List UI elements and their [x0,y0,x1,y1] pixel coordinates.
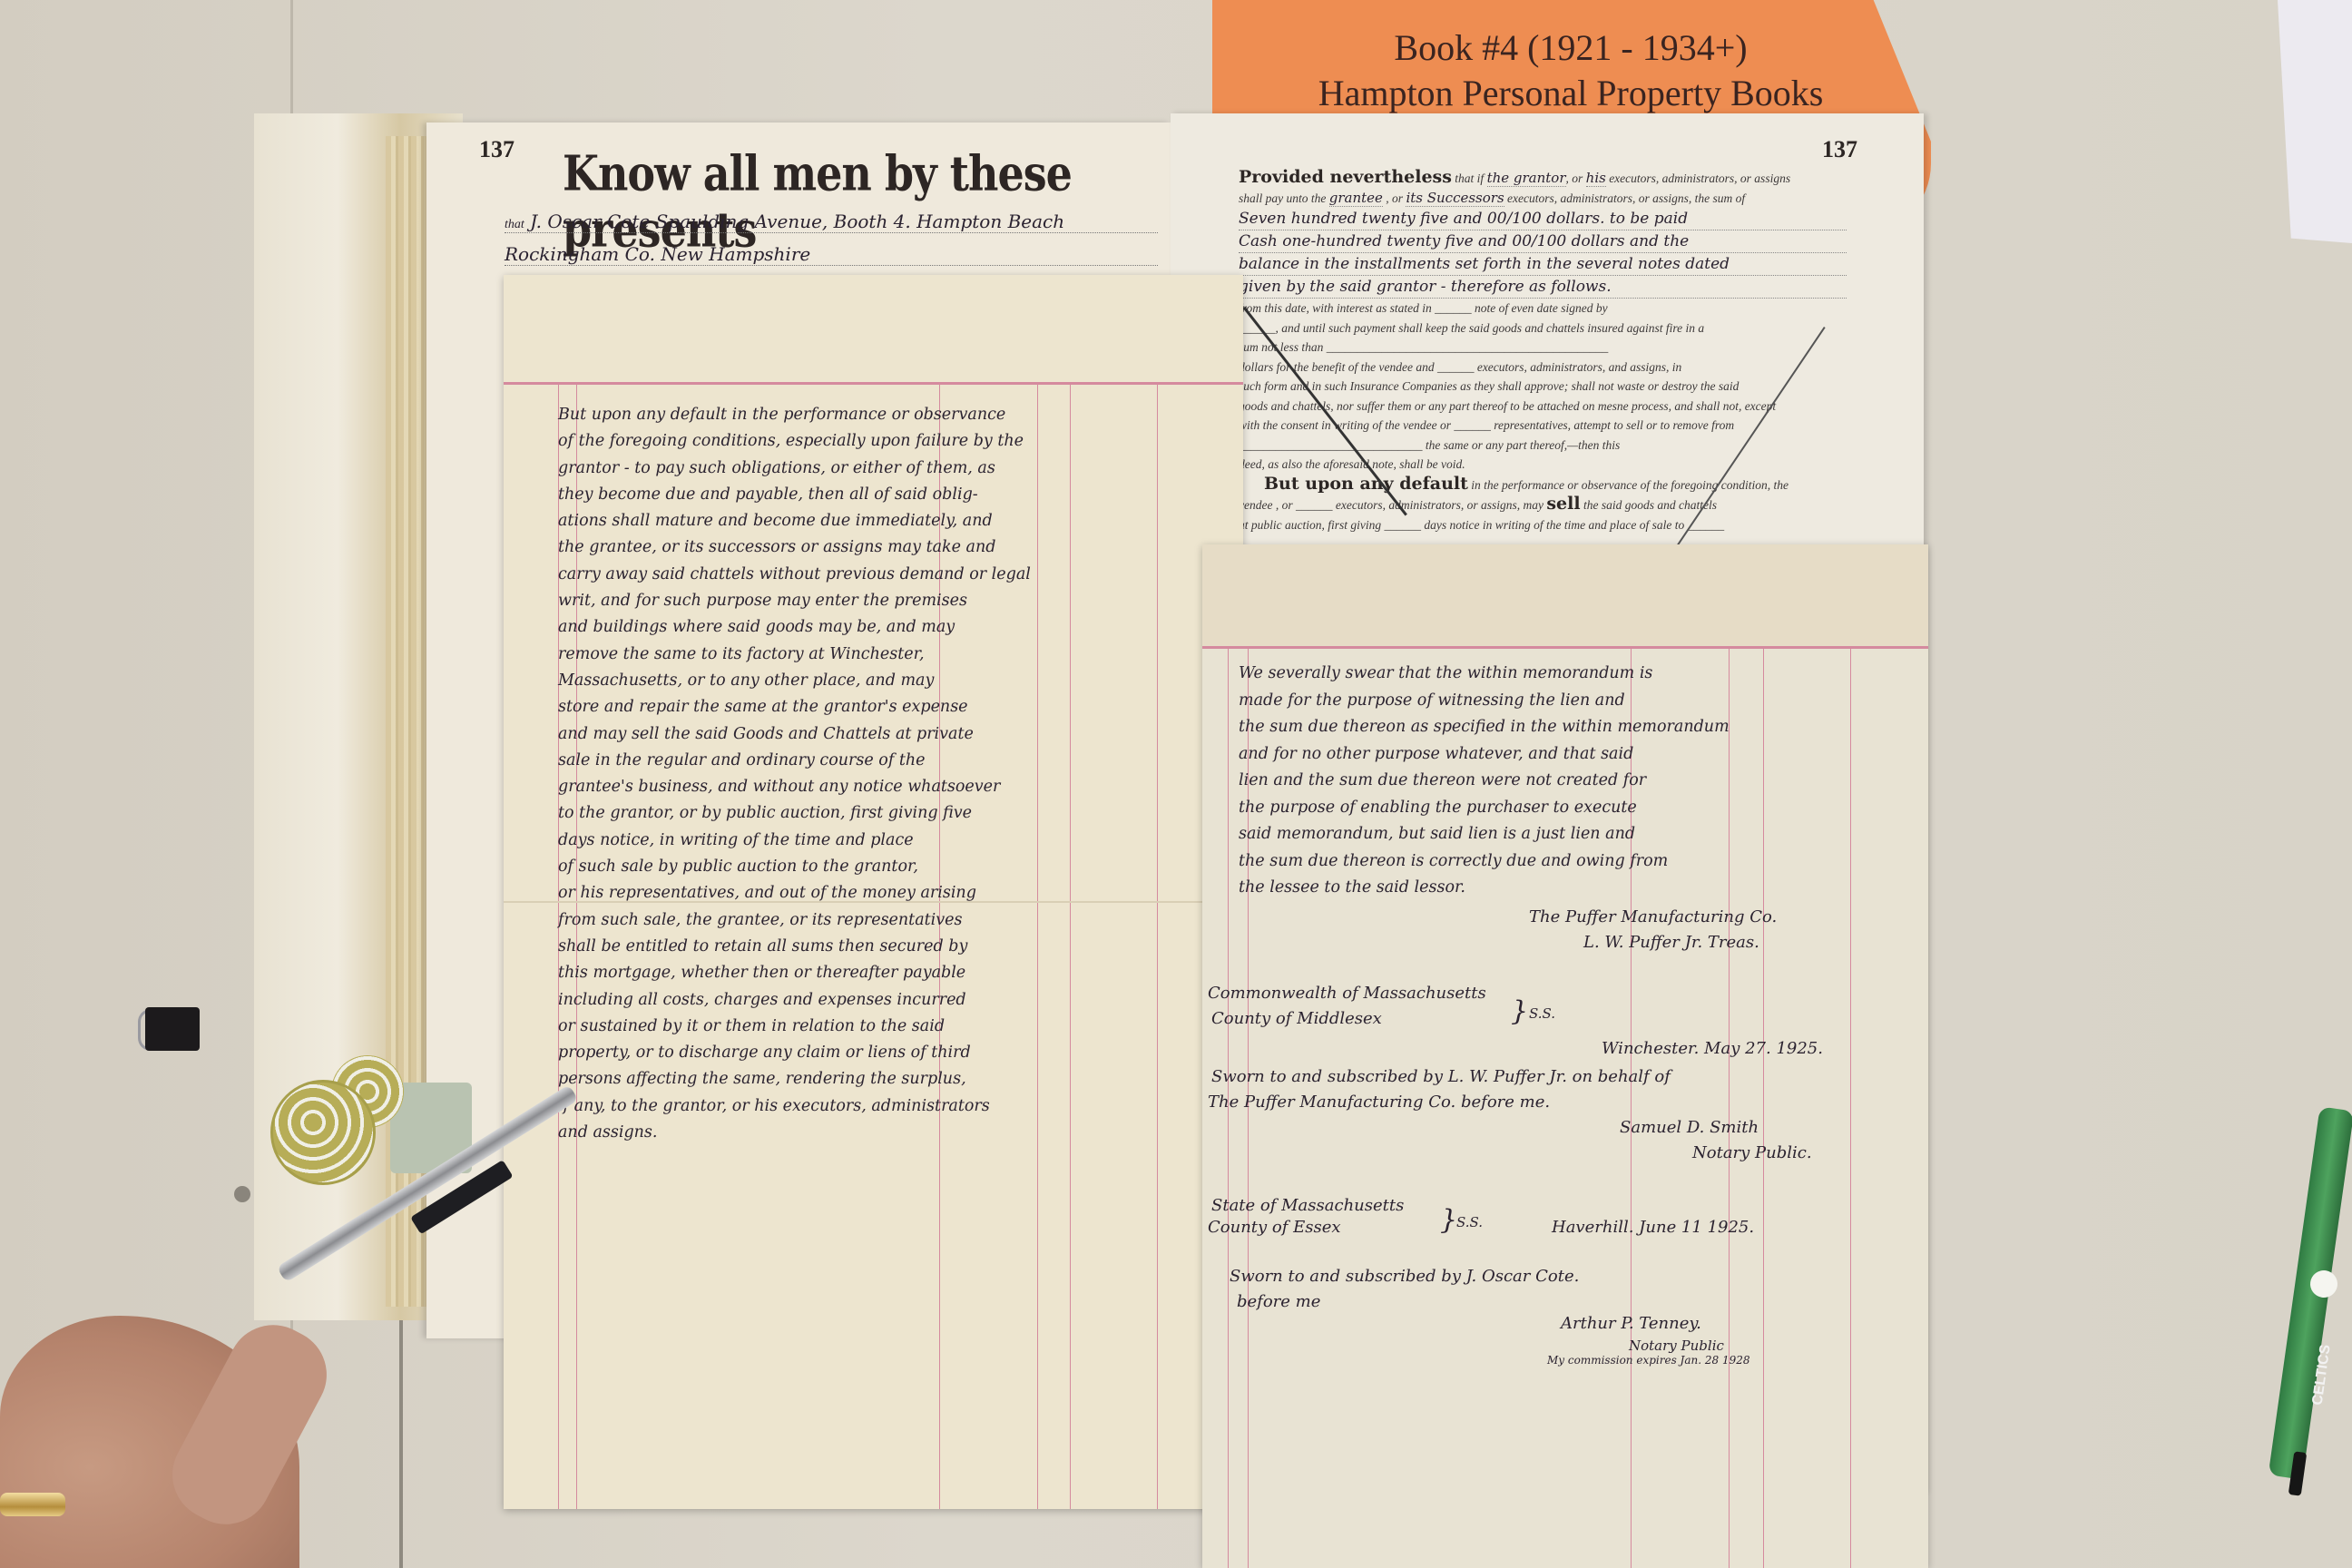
jurat2-commission: My commission expires Jan. 28 1928 [1547,1354,1750,1367]
handwritten-line: of the foregoing conditions, especially … [558,428,1193,455]
form-text: vendee , or ______ executors, administra… [1239,498,1543,512]
form-printed-line: goods and chattels, nor suffer them or a… [1239,397,1847,416]
desk-hole [234,1186,250,1202]
ledger-header-rule [504,382,1243,385]
inserted-ledger-sheet-left: But upon any default in the performance … [504,275,1243,1509]
brace: } [1511,998,1528,1025]
jurat1-text-line2: The Puffer Manufacturing Co. before me. [1208,1093,1550,1112]
gold-ring [0,1493,65,1516]
jurat1-notary-title: Notary Public. [1692,1143,1812,1162]
sheet-top-band [1202,544,1928,646]
company-signature: The Puffer Manufacturing Co. [1529,907,1777,926]
handwritten-line: persons affecting the same, rendering th… [558,1066,1193,1093]
handwritten-line: they become due and payable, then all of… [558,482,1193,508]
handwritten-line: of such sale by public auction to the gr… [558,854,1193,880]
handwritten-line: grantee's business, and without any noti… [558,774,1193,800]
handwritten-sum-line: balance in the installments set forth in… [1239,253,1847,276]
handwritten-line: and buildings where said goods may be, a… [558,614,1193,641]
ledger-header-rule [1202,646,1928,649]
grantor-line-1: that J. Oscar Cote Spaulding Avenue, Boo… [505,211,1158,233]
form-text: in the performance or observance of the … [1471,478,1788,492]
left-page-number: 137 [479,136,514,163]
form-printed-line: dollars for the benefit of the vendee an… [1239,358,1847,377]
handwritten-line: and for no other purpose whatever, and t… [1239,741,1892,769]
handwritten-line: carry away said chattels without previou… [558,562,1193,588]
form-printed-line: such form and in such Insurance Companie… [1239,377,1847,397]
inserted-ledger-sheet-right: We severally swear that the within memor… [1202,544,1928,1568]
handwritten-line: and may sell the said Goods and Chattels… [558,721,1193,748]
jurat2-text-line2: before me [1237,1292,1320,1311]
handwritten-line: or his representatives, and out of the m… [558,880,1193,906]
default-clause-handwritten: But upon any default in the performance … [558,402,1193,1146]
decorative-clip-disc [270,1080,376,1185]
handwritten-line: to the grantor, or by public auction, fi… [558,800,1193,827]
form-text: the said goods and chattels [1583,498,1717,512]
handwritten-line: and assigns. [558,1120,1193,1146]
form-printed-line: ______, and until such payment shall kee… [1239,318,1847,338]
handwritten-line: property, or to discharge any claim or l… [558,1040,1193,1066]
black-binder-clip [145,1007,200,1051]
affidavit-handwritten: We severally swear that the within memor… [1239,661,1892,902]
default-clause-line3: at public auction, first giving ______ d… [1239,515,1847,535]
jurat1-venue-county: County of Middlesex [1211,1009,1382,1028]
jurat2-ss: S.S. [1456,1214,1483,1230]
form-text: executors, administrators, or assigns [1606,171,1790,185]
grantor-name-address: J. Oscar Cote Spaulding Avenue, Booth 4.… [530,211,1064,232]
form-printed-line: ______________________________ the same … [1239,436,1847,456]
form-text: that if [1455,171,1486,185]
handwritten-line: if any, to the grantor, or his executors… [558,1093,1193,1120]
handwritten-line: But upon any default in the performance … [558,402,1193,428]
jurat1-place-date: Winchester. May 27. 1925. [1602,1039,1823,1058]
handwritten-line: writ, and for such purpose may enter the… [558,588,1193,614]
form-text: shall pay unto the [1239,191,1329,205]
handwritten-line: the lessee to the said lessor. [1239,875,1892,902]
sell-word: sell [1546,494,1580,514]
form-line-pay: shall pay unto the grantee , or its Succ… [1239,189,1847,209]
handwritten-line: the sum due thereon is correctly due and… [1239,848,1892,876]
handwritten-sum-line: Seven hundred twenty five and 00/100 dol… [1239,208,1847,230]
brace: } [1440,1207,1457,1234]
default-clause-line1: But upon any default in the performance … [1264,475,1847,495]
jurat2-notary-title: Notary Public [1629,1338,1724,1354]
officer-signature: L. W. Puffer Jr. Treas. [1583,933,1759,952]
handwritten-line: store and repair the same at the grantor… [558,694,1193,720]
label-book-number: Book #4 (1921 - 1934+) [1212,25,1929,71]
jurat1-text-line1: Sworn to and subscribed by L. W. Puffer … [1211,1067,1671,1086]
label-book-title: Hampton Personal Property Books [1212,71,1929,116]
form-printed-line: from this date, with interest as stated … [1239,299,1847,318]
handwritten-line: the purpose of enabling the purchaser to… [1239,795,1892,822]
handwritten-line: the grantee, or its successors or assign… [558,534,1193,561]
handwritten-line: including all costs, charges and expense… [558,987,1193,1014]
jurat2-notary-name: Arthur P. Tenney. [1561,1314,1701,1333]
handwritten-line: days notice, in writing of the time and … [558,828,1193,854]
handwritten-line: remove the same to its factory at Winche… [558,642,1193,668]
handwritten-sum-line: given by the said grantor - therefore as… [1239,276,1847,299]
filled-grantor: the grantor [1487,170,1566,187]
form-line-proviso: Provided nevertheless that if the granto… [1239,168,1847,189]
handwritten-line: this mortgage, whether then or thereafte… [558,960,1193,986]
filled-grantee: grantee [1329,190,1383,207]
right-page-number: 137 [1822,136,1857,163]
handwritten-line: We severally swear that the within memor… [1239,661,1892,688]
jurat2-text-line1: Sworn to and subscribed by J. Oscar Cote… [1230,1267,1579,1286]
handwritten-line: shall be entitled to retain all sums the… [558,934,1193,960]
jurat1-venue-state: Commonwealth of Massachusetts [1208,984,1486,1003]
default-lead: But upon any default [1264,474,1468,494]
form-printed-line: sum not less than ______________________… [1239,338,1847,358]
handwritten-line: the sum due thereon as specified in the … [1239,714,1892,741]
handwritten-line: Massachusetts, or to any other place, an… [558,668,1193,694]
handwritten-line: lien and the sum due thereon were not cr… [1239,768,1892,795]
grantor-line-2: Rockingham Co. New Hampshire [505,243,1158,266]
jurat1-ss: S.S. [1529,1005,1555,1022]
handwritten-line: sale in the regular and ordinary course … [558,748,1193,774]
that-label: that [505,218,524,231]
handwritten-sum-line: Cash one-hundred twenty five and 00/100 … [1239,230,1847,253]
page-heading: Know all men by these presents [563,145,1180,258]
handwritten-line: ations shall mature and become due immed… [558,508,1193,534]
default-clause-line2: vendee , or ______ executors, administra… [1239,495,1847,515]
form-printed-line: deed, as also the aforesaid note, shall … [1239,455,1847,475]
label-card-text: Book #4 (1921 - 1934+) Hampton Personal … [1212,25,1929,116]
printed-chattel-form: Provided nevertheless that if the granto… [1239,168,1847,534]
handwritten-line: grantor - to pay such obligations, or ei… [558,456,1193,482]
form-text: , or [1383,191,1406,205]
proviso-lead: Provided nevertheless [1239,167,1452,187]
form-text: , or [1566,171,1586,185]
handwritten-line: made for the purpose of witnessing the l… [1239,688,1892,715]
handwritten-line: or sustained by it or them in relation t… [558,1014,1193,1040]
filled-his: his [1586,170,1606,187]
form-text: executors, administrators, or assigns, t… [1504,191,1746,205]
handwritten-line: said memorandum, but said lien is a just… [1239,821,1892,848]
jurat2-venue-state: State of Massachusetts [1211,1196,1404,1215]
filled-successors: its Successors [1406,190,1504,207]
jurat1-notary-name: Samuel D. Smith [1620,1118,1759,1137]
jurat2-venue-county: County of Essex [1208,1218,1341,1237]
handwritten-line: from such sale, the grantee, or its repr… [558,907,1193,934]
jurat2-place-date: Haverhill. June 11 1925. [1552,1218,1754,1237]
